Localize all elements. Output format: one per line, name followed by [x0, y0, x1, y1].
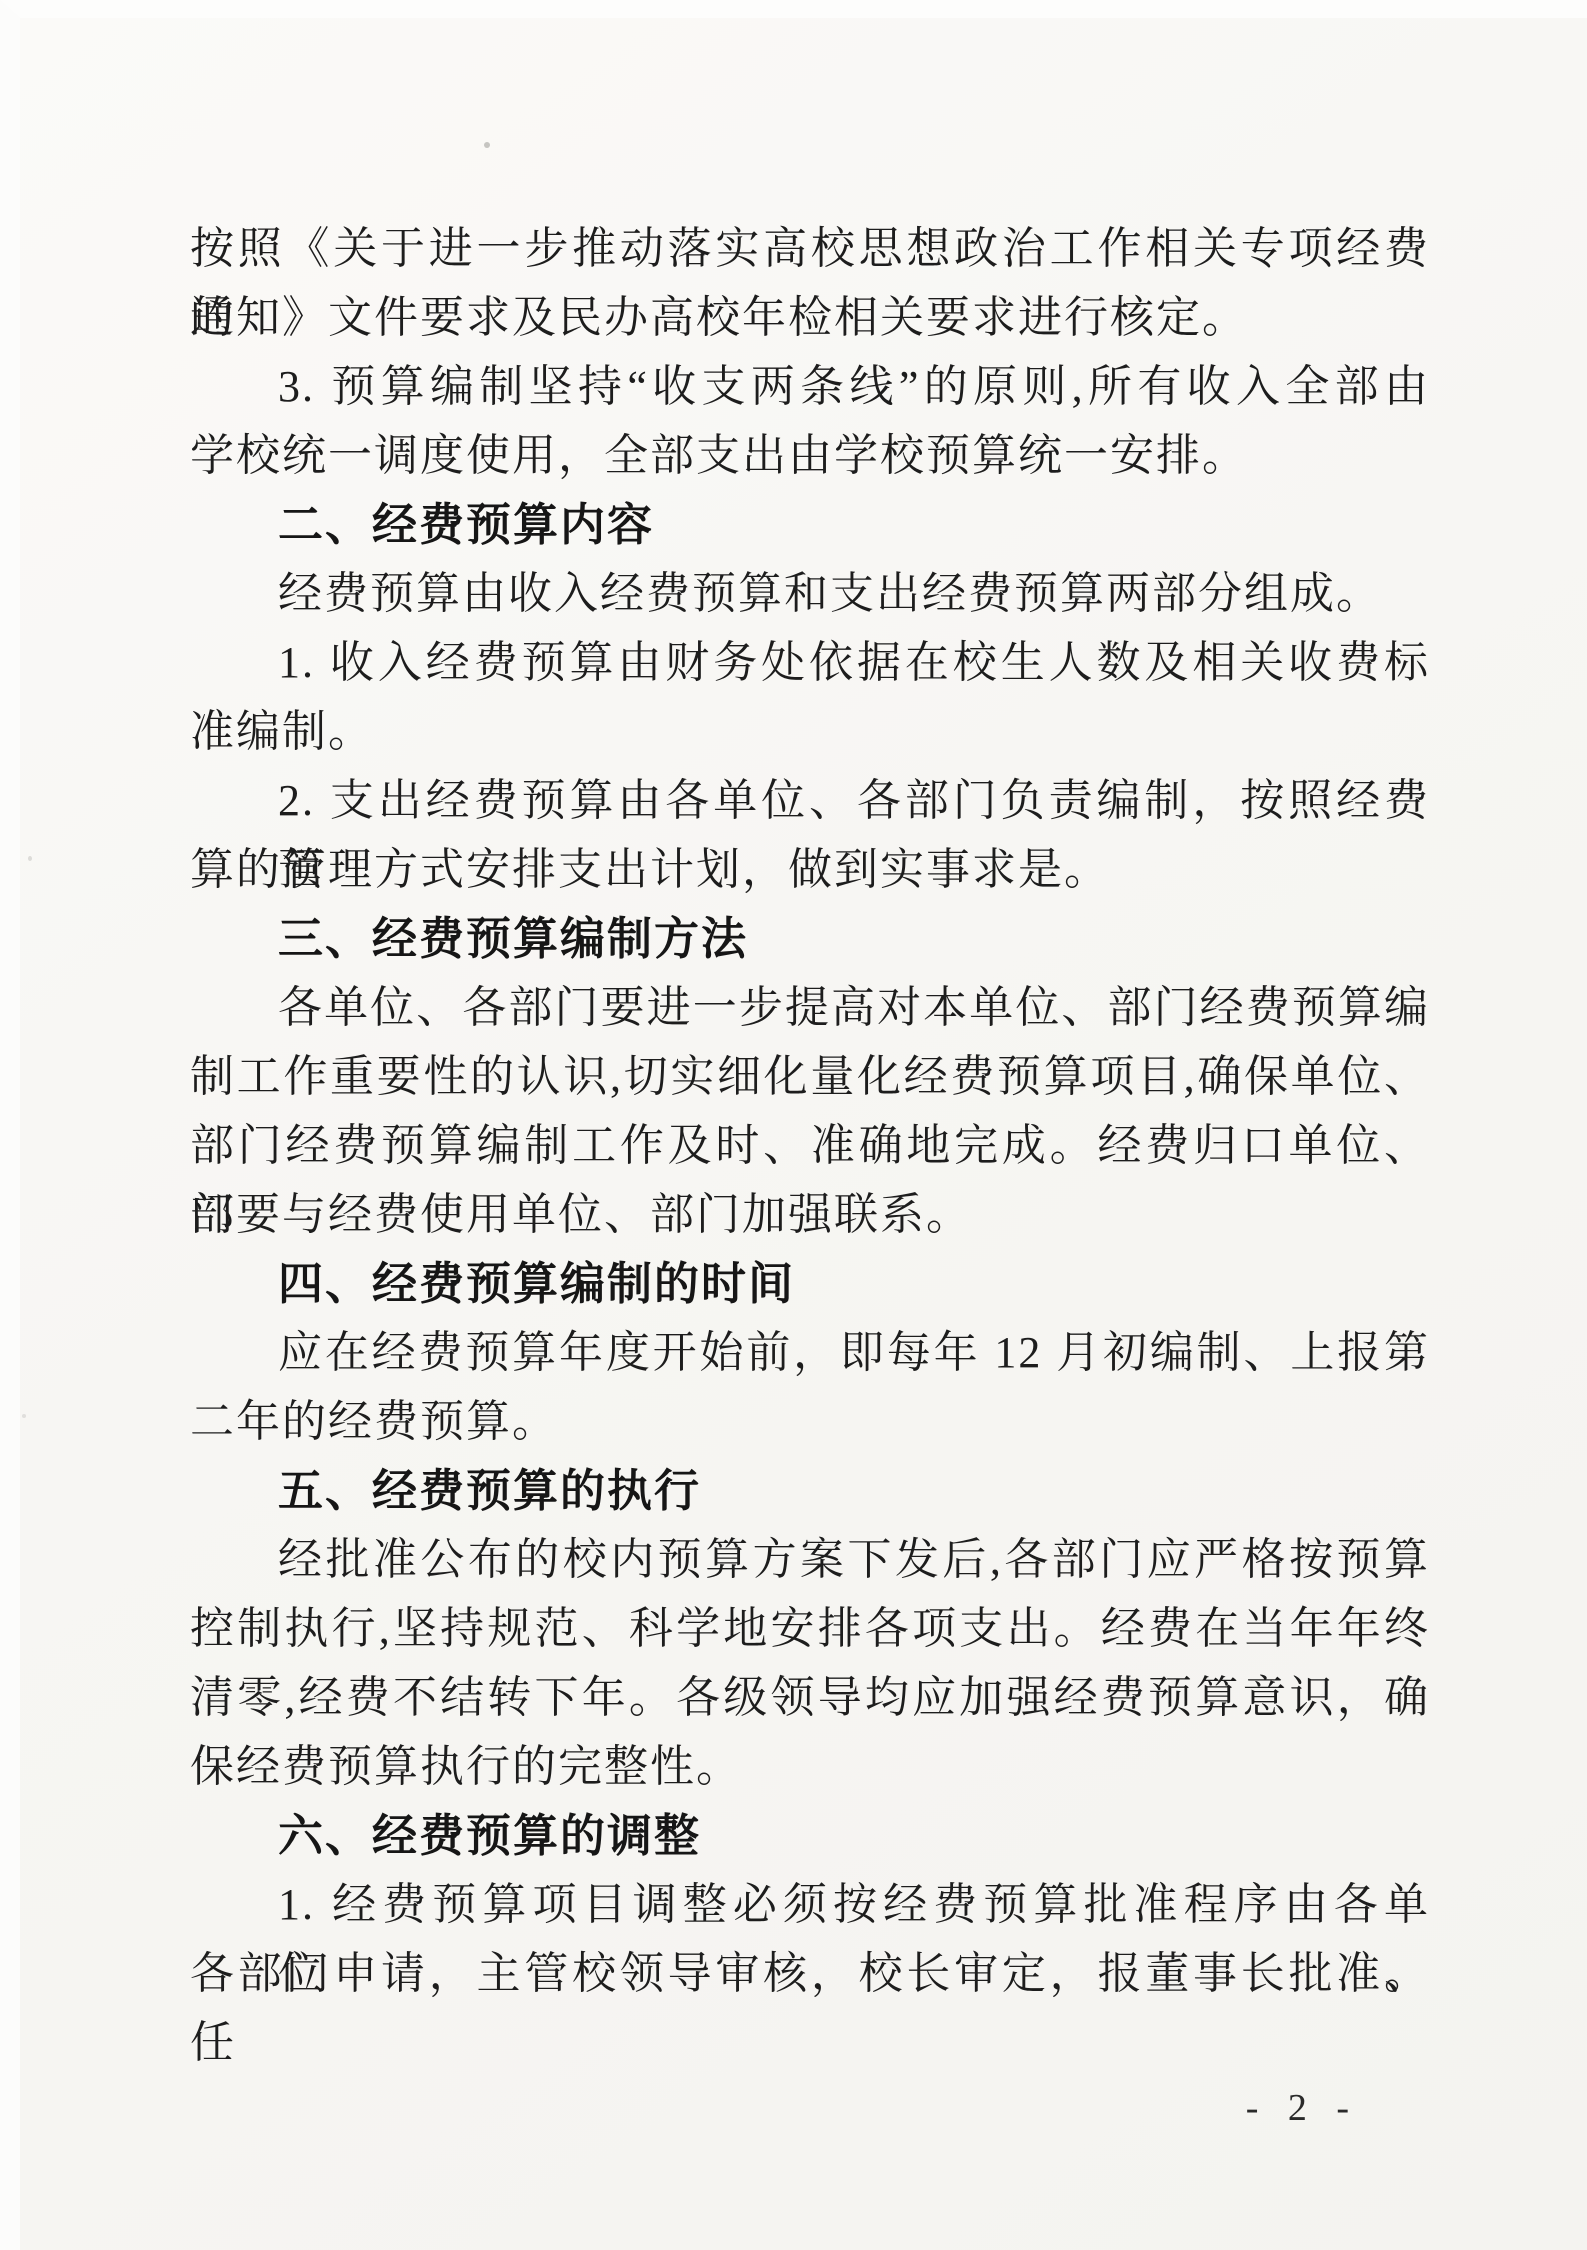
text-line: 控制执行,坚持规范、科学地安排各项支出。经费在当年年终 — [190, 1594, 1430, 1663]
text-line: 1. 经费预算项目调整必须按经费预算批准程序由各单位、 — [190, 1870, 1430, 1939]
text-line: 各部门申请，主管校领导审核，校长审定，报董事长批准。任 — [190, 1939, 1430, 2008]
text-line: 二年的经费预算。 — [190, 1387, 1430, 1456]
scan-artifact-dot — [484, 142, 490, 148]
text-line: 门要与经费使用单位、部门加强联系。 — [190, 1180, 1430, 1249]
text-line: 应在经费预算年度开始前，即每年 12 月初编制、上报第 — [190, 1318, 1430, 1387]
text-line: 学校统一调度使用，全部支出由学校预算统一安排。 — [190, 421, 1430, 490]
text-line: 通知》文件要求及民办高校年检相关要求进行核定。 — [190, 283, 1430, 352]
section-heading: 五、经费预算的执行 — [190, 1456, 1430, 1525]
text-line: 清零,经费不结转下年。各级领导均应加强经费预算意识，确 — [190, 1663, 1430, 1732]
text-line: 经批准公布的校内预算方案下发后,各部门应严格按预算 — [190, 1525, 1430, 1594]
text-line: 制工作重要性的认识,切实细化量化经费预算项目,确保单位、 — [190, 1042, 1430, 1111]
scanned-document-page: 按照《关于进一步推动落实高校思想政治工作相关专项经费的通知》文件要求及民办高校年… — [0, 0, 1587, 2250]
section-heading: 二、经费预算内容 — [190, 490, 1430, 559]
section-heading: 三、经费预算编制方法 — [190, 904, 1430, 973]
text-line: 经费预算由收入经费预算和支出经费预算两部分组成。 — [190, 559, 1430, 628]
text-line: 1. 收入经费预算由财务处依据在校生人数及相关收费标 — [190, 628, 1430, 697]
text-line: 2. 支出经费预算由各单位、各部门负责编制，按照经费预 — [190, 766, 1430, 835]
page-number: - 2 - — [1246, 2086, 1359, 2130]
section-heading: 六、经费预算的调整 — [190, 1801, 1430, 1870]
scan-artifact-dot — [22, 1414, 26, 1418]
section-heading: 四、经费预算编制的时间 — [190, 1249, 1430, 1318]
text-line: 3. 预算编制坚持“收支两条线”的原则,所有收入全部由 — [190, 352, 1430, 421]
document-lines: 按照《关于进一步推动落实高校思想政治工作相关专项经费的通知》文件要求及民办高校年… — [190, 214, 1430, 2008]
text-line: 各单位、各部门要进一步提高对本单位、部门经费预算编 — [190, 973, 1430, 1042]
text-line: 准编制。 — [190, 697, 1430, 766]
scan-artifact-dot — [28, 856, 32, 861]
text-line: 算的管理方式安排支出计划，做到实事求是。 — [190, 835, 1430, 904]
text-line: 按照《关于进一步推动落实高校思想政治工作相关专项经费的 — [190, 214, 1430, 283]
text-line: 部门经费预算编制工作及时、准确地完成。经费归口单位、部 — [190, 1111, 1430, 1180]
text-line: 保经费预算执行的完整性。 — [190, 1732, 1430, 1801]
